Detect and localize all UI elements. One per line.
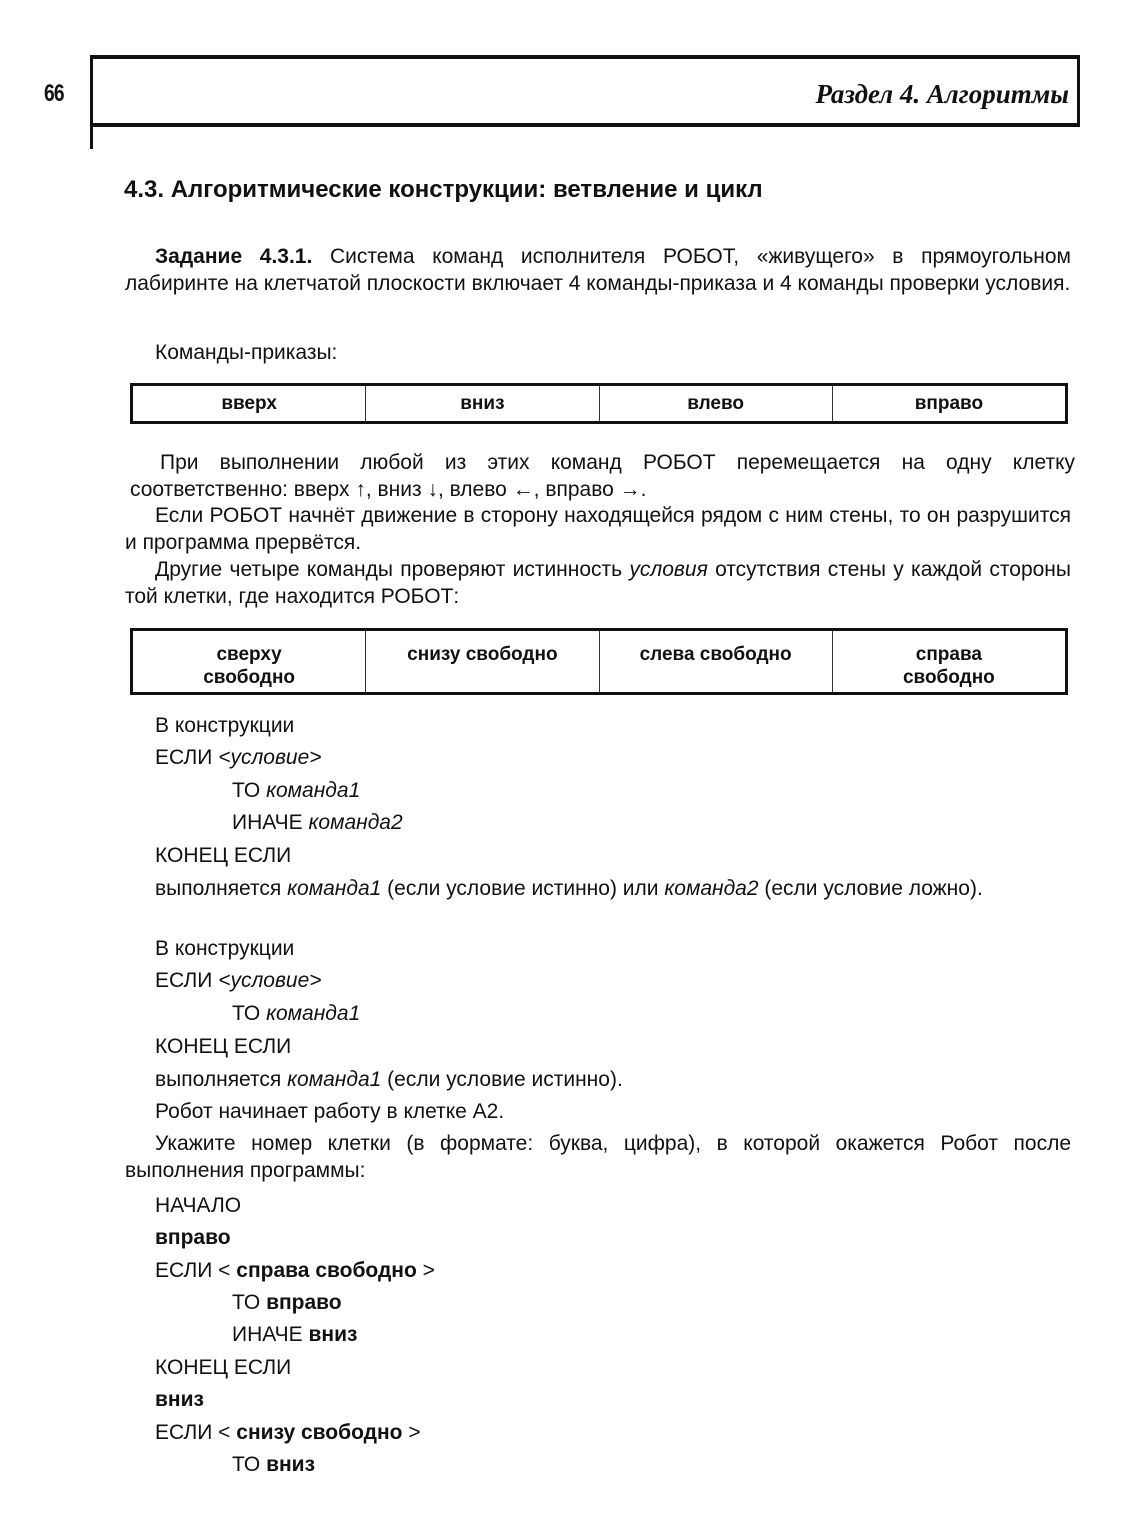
program-cmd: вправо	[155, 1224, 231, 1251]
conditions-paragraph: Другие четыре команды проверяют истиннос…	[125, 556, 1071, 610]
program-if: ЕСЛИ < справа свободно >	[155, 1257, 435, 1284]
orders-table: вверх вниз влево вправо	[130, 383, 1068, 424]
program-begin: НАЧАЛО	[155, 1192, 241, 1219]
table-cell: вправо	[833, 386, 1065, 421]
table-cell: влево	[600, 386, 833, 421]
program-end-if: КОНЕЦ ЕСЛИ	[155, 1354, 291, 1381]
construct1-else: ИНАЧЕ команда2	[232, 809, 403, 836]
table-cell: слева свободно	[600, 631, 833, 692]
page-number: 66	[44, 80, 64, 108]
movement-paragraph: При выполнении любой из этих команд РОБО…	[130, 449, 1075, 503]
table-cell: справа свободно	[833, 631, 1065, 692]
construct2-description: выполняется команда1 (если условие истин…	[155, 1066, 623, 1093]
construct2-intro: В конструкции	[155, 935, 294, 962]
table-cell: снизу свободно	[366, 631, 599, 692]
program-if: ЕСЛИ < снизу свободно >	[155, 1419, 421, 1446]
construct1-then: ТО команда1	[232, 777, 360, 804]
orders-heading: Команды-приказы:	[155, 339, 337, 366]
conditions-table: сверху свободно снизу свободно слева сво…	[130, 628, 1068, 695]
table-cell: сверху свободно	[133, 631, 366, 692]
construct2-if: ЕСЛИ <условие>	[155, 967, 322, 994]
table-cell: вверх	[133, 386, 366, 421]
table-cell: вниз	[366, 386, 599, 421]
construct1-description: выполняется команда1 (если условие истин…	[125, 875, 1071, 902]
construct2-then: ТО команда1	[232, 1000, 360, 1027]
question-text: Укажите номер клетки (в формате: буква, …	[125, 1130, 1071, 1184]
construct1-if: ЕСЛИ <условие>	[155, 744, 322, 771]
task-label: Задание 4.3.1.	[155, 245, 312, 268]
construct1-intro: В конструкции	[155, 712, 294, 739]
header-rule	[90, 127, 93, 149]
running-header-title: Раздел 4. Алгоритмы	[815, 79, 1069, 110]
section-title: 4.3. Алгоритмические конструкции: ветвле…	[124, 176, 763, 204]
wall-paragraph: Если РОБОТ начнёт движение в сторону нах…	[125, 502, 1071, 556]
program-then: ТО вправо	[232, 1289, 342, 1316]
program-then: ТО вниз	[232, 1451, 315, 1478]
start-cell-text: Робот начинает работу в клетке А2.	[155, 1098, 504, 1125]
program-else: ИНАЧЕ вниз	[232, 1321, 357, 1348]
running-header-box: Раздел 4. Алгоритмы	[90, 55, 1080, 127]
construct1-end: КОНЕЦ ЕСЛИ	[155, 842, 291, 869]
program-cmd: вниз	[155, 1386, 204, 1413]
task-intro: Задание 4.3.1. Система команд исполнител…	[125, 243, 1071, 297]
construct2-end: КОНЕЦ ЕСЛИ	[155, 1033, 291, 1060]
